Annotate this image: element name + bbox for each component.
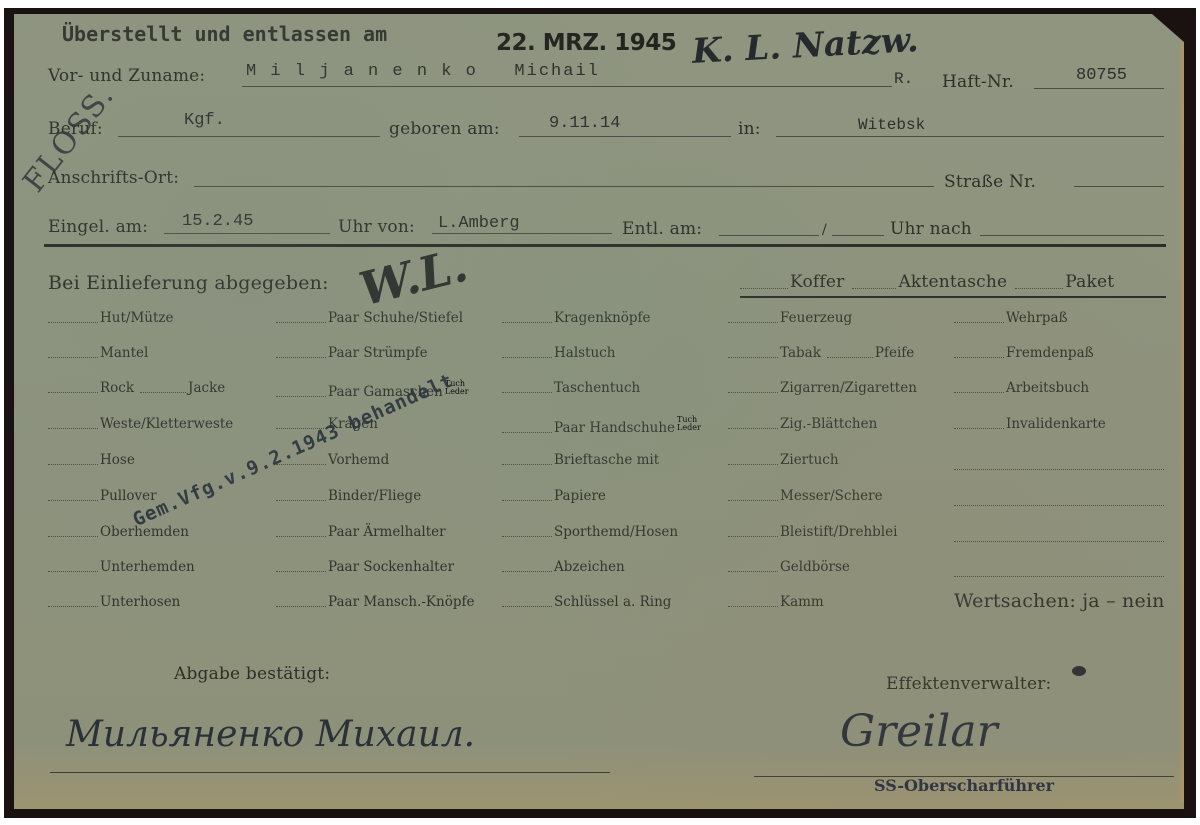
born-value: 9.11.14: [549, 114, 620, 133]
inventory-item: Paar Strümpfe: [276, 345, 428, 361]
inventory-item: Binder/Fliege: [276, 488, 421, 504]
valuables-label: Wertsachen: ja – nein: [954, 590, 1165, 612]
inventory-item: Taschentuch: [502, 380, 640, 396]
initials-handwritten: W.L.: [354, 238, 473, 317]
name-underline: [242, 86, 892, 87]
inventory-item: Paar Sockenhalter: [276, 559, 454, 575]
inventory-item: Papiere: [502, 488, 606, 504]
inventory-item: Brieftasche mit: [502, 452, 659, 468]
released-date-underline: [719, 235, 819, 236]
custodian-signature: Greilar: [840, 706, 998, 757]
inventory-blank-line: [954, 541, 1164, 542]
inventory-item: Arbeitsbuch: [954, 380, 1089, 396]
inventory-item: Messer/Schere: [728, 488, 883, 504]
inventory-item: Invalidenkarte: [954, 416, 1106, 432]
inventory-item: Wehrpaß: [954, 310, 1068, 326]
inventory-item: Paar Mansch.-Knöpfe: [276, 594, 474, 610]
prisoner-signature-line: [50, 772, 610, 773]
inventory-item: Mantel: [48, 345, 148, 361]
time-to-label: Uhr nach: [890, 219, 972, 239]
prisoner-signature: Мильяненко Михаил.: [66, 714, 475, 755]
luggage-divider: [740, 296, 1166, 298]
street-label: Straße Nr.: [944, 172, 1036, 192]
admitted-underline: [164, 233, 330, 234]
address-underline: [194, 186, 934, 187]
birthplace-underline: [776, 136, 1164, 137]
inventory-blank-line: [954, 576, 1164, 577]
name-suffix: R.: [894, 70, 913, 88]
inventory-blank-line: [954, 505, 1164, 506]
born-underline: [519, 136, 731, 137]
time-from-underline: [432, 233, 612, 234]
birthplace-value: Witebsk: [858, 116, 925, 134]
transfer-label: Überstellt und entlassen am: [62, 22, 387, 46]
luggage-paket: Paket: [1065, 272, 1114, 292]
prisoner-no-underline: [1034, 88, 1164, 89]
inventory-item: Sporthemd/Hosen: [502, 524, 678, 540]
transfer-destination-handwritten: K. L. Natzw.: [691, 20, 919, 72]
inventory-item: Geldbörse: [728, 559, 850, 575]
inventory-item: Unterhemden: [48, 559, 195, 575]
inventory-item: Paar HandschuheTuchLeder: [502, 416, 701, 436]
luggage-aktentasche: Aktentasche: [898, 272, 1007, 292]
released-time-underline: [832, 235, 884, 236]
occupation-value: Kgf.: [184, 111, 225, 130]
time-from-label: Uhr von:: [338, 217, 415, 237]
effects-card: Überstellt und entlassen am 22. MRZ. 194…: [14, 14, 1184, 809]
inventory-blank-line: [954, 469, 1164, 470]
inventory-item: Pullover: [48, 488, 157, 504]
released-separator: /: [822, 222, 827, 238]
name-label: Vor- und Zuname:: [48, 66, 205, 86]
header-divider: [44, 244, 1166, 247]
custodian-label: Effektenverwalter:: [886, 674, 1051, 694]
inventory-item: Paar Ärmelhalter: [276, 524, 446, 540]
birthplace-label: in:: [738, 119, 761, 139]
inventory-item: Paar Schuhe/Stiefel: [276, 310, 463, 326]
time-from-value: L.Amberg: [438, 214, 520, 233]
inventory-title: Bei Einlieferung abgegeben:: [48, 272, 329, 294]
luggage-blank: [1015, 287, 1063, 289]
confirmed-label: Abgabe bestätigt:: [174, 664, 330, 684]
inventory-item: Oberhemden: [48, 524, 189, 540]
admitted-value: 15.2.45: [182, 212, 253, 231]
admitted-label: Eingel. am:: [48, 217, 148, 237]
inventory-item: Zig.-Blättchen: [728, 416, 877, 432]
inventory-item: Weste/Kletterweste: [48, 416, 233, 432]
luggage-blank: [852, 287, 896, 289]
inventory-item: Unterhosen: [48, 594, 180, 610]
address-label: Anschrifts-Ort:: [48, 168, 179, 188]
inventory-item: RockJacke: [48, 380, 225, 396]
luggage-blank: [740, 287, 788, 289]
inventory-item: Bleistift/Drehblei: [728, 524, 897, 540]
transfer-date-stamp: 22. MRZ. 1945: [496, 30, 676, 56]
inventory-item: Kamm: [728, 594, 824, 610]
prisoner-no-value: 80755: [1076, 66, 1127, 85]
inventory-item: Zigarren/Zigaretten: [728, 380, 917, 396]
inventory-item: Hut/Mütze: [48, 310, 174, 326]
occupation-underline: [118, 136, 380, 137]
released-label: Entl. am:: [622, 219, 702, 239]
custodian-rank-stamp: SS-Oberscharführer: [874, 776, 1054, 795]
ink-blot: [1072, 666, 1086, 676]
luggage-koffer: Koffer: [790, 272, 844, 292]
prisoner-no-label: Haft-Nr.: [942, 72, 1014, 92]
luggage-row: Koffer Aktentasche Paket: [740, 272, 1114, 292]
inventory-item: Hose: [48, 452, 135, 468]
street-underline: [1074, 186, 1164, 187]
inventory-item: Ziertuch: [728, 452, 839, 468]
card-edge-wear: [1178, 42, 1184, 802]
name-value: M i l j a n e n k o Michail: [246, 62, 600, 81]
inventory-item: Schlüssel a. Ring: [502, 594, 671, 610]
inventory-item: Halstuch: [502, 345, 615, 361]
inventory-item: Kragenknöpfe: [502, 310, 651, 326]
inventory-item: Abzeichen: [502, 559, 625, 575]
inventory-item: Fremdenpaß: [954, 345, 1094, 361]
born-label: geboren am:: [389, 119, 500, 139]
inventory-item: TabakPfeife: [728, 345, 914, 361]
inventory-item: Feuerzeug: [728, 310, 852, 326]
time-to-underline: [980, 235, 1164, 236]
